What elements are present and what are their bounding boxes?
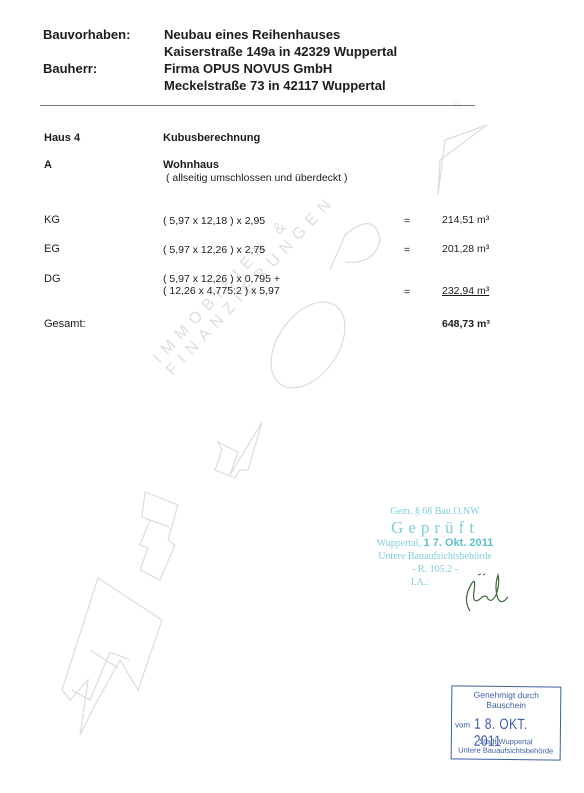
stamp-checked-law: Gem. § 68 Bau.O.NW: [340, 505, 530, 518]
equals-sign: =: [404, 286, 410, 299]
project-line1: Neubau eines Reihenhauses: [164, 27, 340, 43]
stamp-approved-vom: vom: [455, 720, 470, 729]
result: 201,28 m³: [442, 243, 489, 256]
watermark: ® IMMOBILIEN & FINANZIERUNGEN: [0, 0, 584, 793]
stamp-checked-authority: Untere Bauaufsichtsbehörde: [340, 550, 530, 563]
formula: ( 5,97 x 12,18 ) x 2,95: [163, 215, 265, 228]
stamp-approved: Genehmigt durch Bauschein vom 1 8. OKT. …: [451, 685, 562, 760]
project-line2: Kaiserstraße 149a in 42329 Wuppertal: [164, 44, 397, 60]
stamp-checked-city: Wuppertal,: [377, 538, 421, 549]
floor-label: DG: [44, 273, 61, 286]
part-title: Wohnhaus: [163, 159, 219, 172]
owner-label: Bauherr:: [43, 61, 97, 77]
stamp-checked-date-line: Wuppertal, 1 7. Okt. 2011: [340, 537, 530, 550]
stamp-approved-authority: Untere Bauaufsichtsbehörde: [452, 745, 560, 756]
result: 214,51 m³: [442, 214, 489, 227]
stamp-checked-title: Geprüft: [340, 518, 530, 537]
stamp-approved-line2: Bauschein: [452, 699, 560, 710]
result: 232,94 m³: [442, 285, 489, 298]
equals-sign: =: [404, 215, 410, 228]
house-number: Haus 4: [44, 132, 80, 145]
formula: ( 5,97 x 12,26 ) x 2,75: [163, 244, 265, 257]
project-label: Bauvorhaben:: [43, 27, 130, 43]
stamp-checked: Gem. § 68 Bau.O.NW Geprüft Wuppertal, 1 …: [340, 505, 530, 615]
signature-icon: [452, 569, 512, 619]
equals-sign: =: [404, 244, 410, 257]
section-title: Kubusberechnung: [163, 132, 260, 145]
total-label: Gesamt:: [44, 318, 86, 331]
floor-label: EG: [44, 243, 60, 256]
total-value: 648,73 m³: [442, 318, 490, 331]
watermark-logo-icon: [0, 0, 584, 793]
part-label: A: [44, 159, 52, 172]
stamp-checked-date: 1 7. Okt. 2011: [424, 537, 494, 549]
part-note: ( allseitig umschlossen und überdeckt ): [166, 172, 348, 185]
owner-line1: Firma OPUS NOVUS GmbH: [164, 61, 332, 77]
header-divider: [40, 105, 475, 106]
watermark-registered-mark: ®: [453, 100, 461, 112]
formula-line2: ( 12,26 x 4,775:2 ) x 5,97: [163, 285, 280, 298]
owner-line2: Meckelstraße 73 in 42117 Wuppertal: [164, 78, 386, 94]
floor-label: KG: [44, 214, 60, 227]
